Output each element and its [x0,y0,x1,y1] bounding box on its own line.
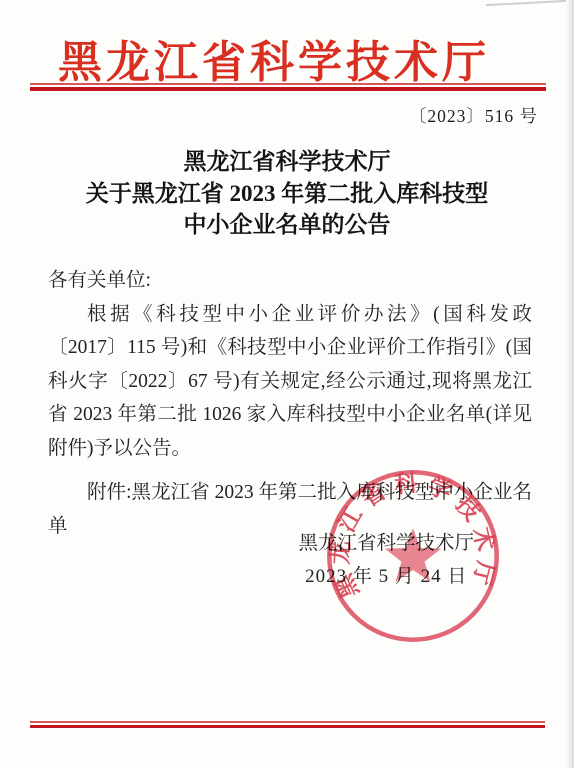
document-page: 黑龙江省科学技术厅 〔2023〕516 号 黑龙江省科学技术厅 关于黑龙江省 2… [0,0,574,768]
seal-star-icon [385,528,442,582]
header-rule [30,83,546,91]
letterhead-title: 黑龙江省科学技术厅 [0,26,548,90]
body-paragraph: 根据《科技型中小企业评价办法》(国科发政〔2017〕115 号)和《科技型中小企… [48,298,532,466]
notice-title-line-3: 中小企业名单的公告 [20,209,554,241]
document-number: 〔2023〕516 号 [409,103,538,128]
scan-edge-shadow [566,0,574,768]
header-rule-thick-line [30,87,546,91]
notice-title: 黑龙江省科学技术厅 关于黑龙江省 2023 年第二批入库科技型 中小企业名单的公… [20,146,554,241]
footer-rule-thick-line [30,725,545,729]
footer-rule [30,721,545,728]
official-seal: 黑龙江省科学技术厅 [323,466,503,646]
notice-title-line-2: 关于黑龙江省 2023 年第二批入库科技型 [20,178,554,210]
salutation: 各有关单位: [48,264,532,298]
notice-title-line-1: 黑龙江省科学技术厅 [20,146,554,178]
scan-corner-artifact [486,0,566,6]
